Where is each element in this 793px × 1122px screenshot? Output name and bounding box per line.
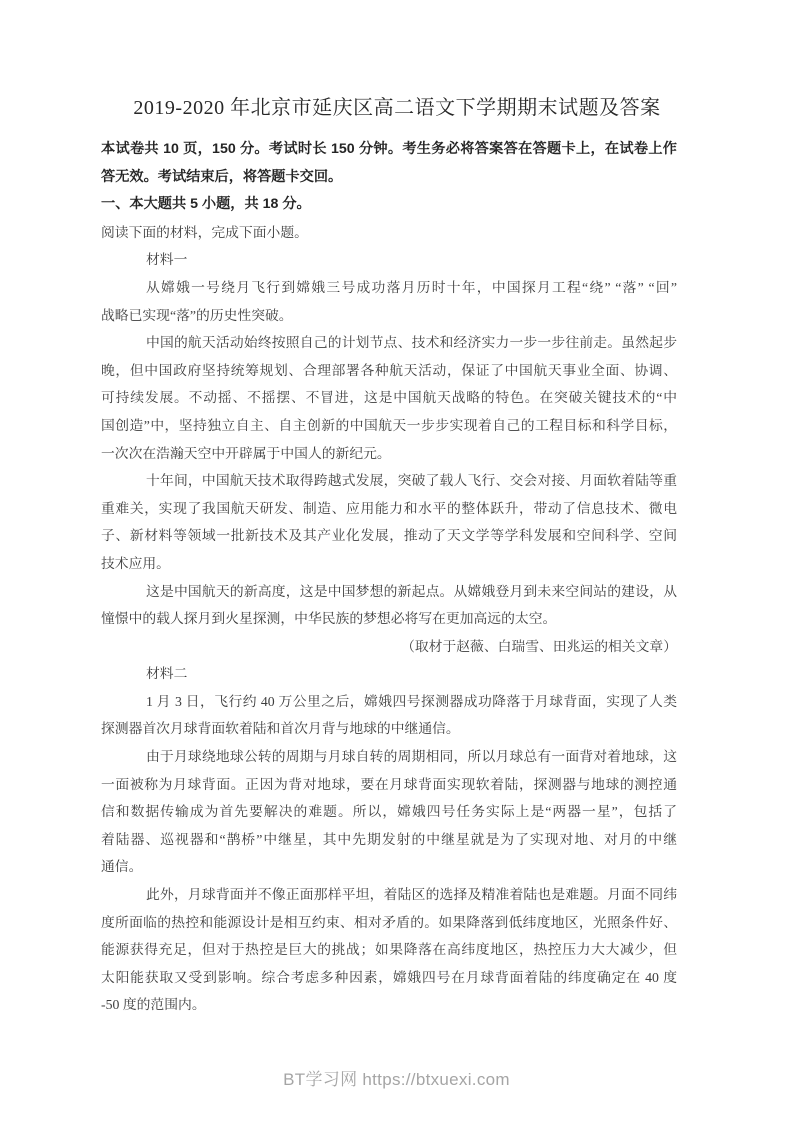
- paragraph-line: 技术应用。: [101, 550, 677, 578]
- document-body: 本试卷共 10 页，150 分。考试时长 150 分钟。考生务必将答案答在答题卡…: [101, 136, 677, 1019]
- paragraph-line: 通信。: [101, 853, 677, 881]
- document-title: 2019-2020 年北京市延庆区高二语文下学期期末试题及答案: [109, 93, 685, 123]
- paragraph-line: 晚，但中国政府坚持统筹规划、合理部署各种航天活动，保证了中国航天事业全面、协调、: [101, 357, 677, 385]
- paragraph-line: 战略已实现“落”的历史性突破。: [101, 302, 677, 330]
- paragraph-line: 子、新材料等领域一批新技术及其产业化发展，推动了天文学等学科发展和空间科学、空间: [101, 522, 677, 550]
- material-two-heading: 材料二: [101, 660, 677, 688]
- paragraph-line: 由于月球绕地球公转的周期与月球自转的周期相同，所以月球总有一面背对着地球，这: [101, 743, 677, 771]
- site-watermark: BT学习网 https://btxuexi.com: [0, 1069, 793, 1091]
- paragraph-line: 一面被称为月球背面。正因为背对地球，要在月球背面实现软着陆，探测器与地球的测控通: [101, 771, 677, 799]
- exam-page: 2019-2020 年北京市延庆区高二语文下学期期末试题及答案 本试卷共 10 …: [0, 0, 793, 1122]
- paragraph-line: 憧憬中的载人探月到火星探测，中华民族的梦想必将写在更加高远的太空。: [101, 605, 677, 633]
- exam-notice-line: 答无效。考试结束后，将答题卡交回。: [101, 164, 677, 192]
- material-one-heading: 材料一: [101, 246, 677, 274]
- section-one-heading: 一、本大题共 5 小题，共 18 分。: [101, 191, 677, 219]
- paragraph-line: 国创造”中，坚持独立自主、自主创新的中国航天一步步实现着自己的工程目标和科学目标…: [101, 412, 677, 440]
- paragraph-line: 可持续发展。不动摇、不摇摆、不冒进，这是中国航天战略的特色。在突破关键技术的“中: [101, 384, 677, 412]
- paragraph-line: 一次次在浩瀚天空中开辟属于中国人的新纪元。: [101, 440, 677, 468]
- paragraph-line: 度所面临的热控和能源设计是相互约束、相对矛盾的。如果降落到低纬度地区，光照条件好…: [101, 909, 677, 937]
- paragraph-line: 重难关，实现了我国航天研发、制造、应用能力和水平的整体跃升，带动了信息技术、微电: [101, 495, 677, 523]
- paragraph-line: 此外，月球背面并不像正面那样平坦，着陆区的选择及精准着陆也是难题。月面不同纬: [101, 881, 677, 909]
- watermark-text: BT学习网 https://btxuexi.com: [283, 1070, 510, 1089]
- paragraph-line: 探测器首次月球背面软着陆和首次月背与地球的中继通信。: [101, 715, 677, 743]
- paragraph-line: 从嫦娥一号绕月飞行到嫦娥三号成功落月历时十年，中国探月工程“绕” “落” “回”: [101, 274, 677, 302]
- paragraph-line: 这是中国航天的新高度，这是中国梦想的新起点。从嫦娥登月到未来空间站的建设，从: [101, 578, 677, 606]
- paragraph-line: 1 月 3 日，飞行约 40 万公里之后，嫦娥四号探测器成功降落于月球背面，实现…: [101, 688, 677, 716]
- paragraph-line: -50 度的范围内。: [101, 991, 677, 1019]
- paragraph-line: 能源获得充足，但对于热控是巨大的挑战；如果降落在高纬度地区，热控压力大大减少，但: [101, 936, 677, 964]
- exam-notice-line: 本试卷共 10 页，150 分。考试时长 150 分钟。考生务必将答案答在答题卡…: [101, 136, 677, 164]
- reading-instruction: 阅读下面的材料，完成下面小题。: [101, 219, 677, 247]
- paragraph-line: 信和数据传输成为首先要解决的难题。所以，嫦娥四号任务实际上是“两器一星”，包括了: [101, 798, 677, 826]
- attribution: （取材于赵薇、白瑞雪、田兆运的相关文章）: [101, 633, 677, 661]
- paragraph-line: 着陆器、巡视器和“鹊桥”中继星，其中先期发射的中继星就是为了实现对地、对月的中继: [101, 826, 677, 854]
- exam-document: 2019-2020 年北京市延庆区高二语文下学期期末试题及答案 本试卷共 10 …: [0, 0, 793, 1019]
- paragraph-line: 太阳能获取又受到影响。综合考虑多种因素，嫦娥四号在月球背面着陆的纬度确定在 40…: [101, 964, 677, 992]
- paragraph-line: 十年间，中国航天技术取得跨越式发展，突破了载人飞行、交会对接、月面软着陆等重: [101, 467, 677, 495]
- paragraph-line: 中国的航天活动始终按照自己的计划节点、技术和经济实力一步一步往前走。虽然起步: [101, 329, 677, 357]
